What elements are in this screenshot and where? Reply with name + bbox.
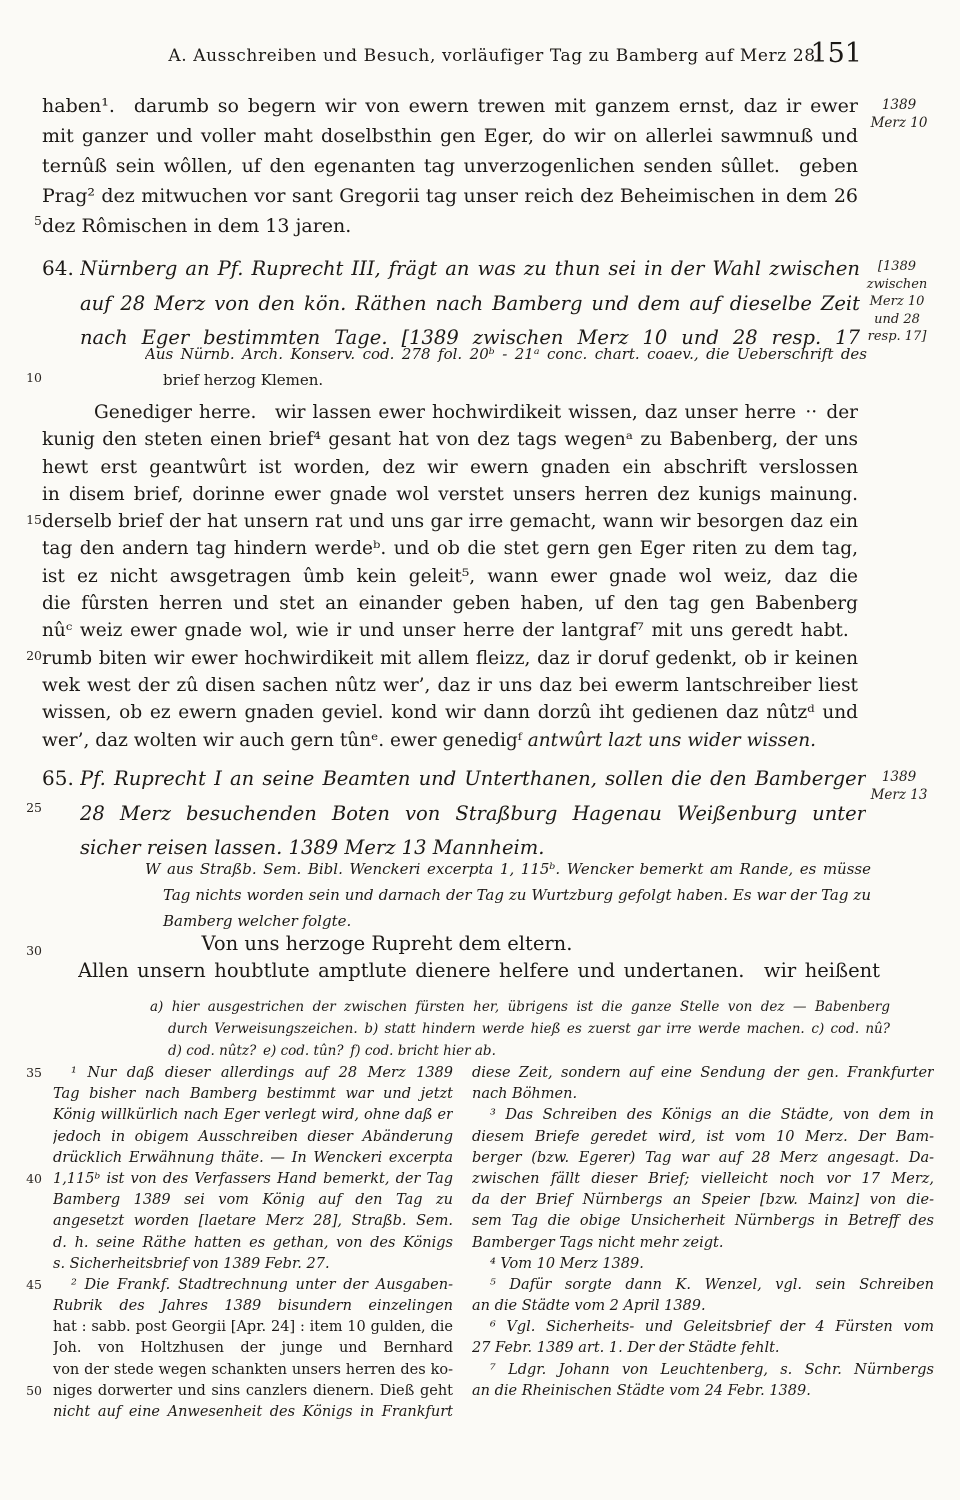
margin-note-line: Merz 10 [862, 114, 936, 132]
line-number: 30 [12, 943, 42, 958]
footnote-line: s. Sicherheitsbrief von 1389 Febr. 27. [53, 1254, 453, 1275]
margin-note-line: Merz 10 [856, 293, 938, 311]
line-number: 5 [12, 213, 42, 228]
letter-line: wek west der zû disen sachen nûtz wer’, … [42, 672, 858, 699]
footnote-line: jedoch in obigem Ausschreiben dieser Abä… [53, 1127, 453, 1148]
heading-line: Nürnberg an Pf. Ruprecht III, frägt an w… [80, 252, 860, 287]
footnote-line: ² Die Frankf. Stadtrechnung unter der Au… [53, 1275, 453, 1296]
footnote-line: ⁶ Vgl. Sicherheits- und Geleitsbrief der… [472, 1317, 934, 1338]
apparatus-line: durch Verweisungszeichen. b) statt hinde… [150, 1018, 890, 1040]
item-65-number: 65. [42, 766, 74, 790]
footnote-line: König willkürlich nach Eger verlegt wird… [53, 1105, 453, 1126]
letter-line: ist ez nicht awsgetragen ûmb kein geleit… [42, 563, 858, 590]
margin-date-note: 1389Merz 13 [862, 768, 936, 804]
footnote-line: diesem Briefe geredet wird, ist vom 10 M… [472, 1127, 934, 1148]
apparatus-line: a) hier ausgestrichen der zwischen fürst… [150, 996, 890, 1018]
line-number: 25 [12, 800, 42, 815]
source-note-64: Aus Nürnb. Arch. Konserv. cod. 278 fol. … [145, 341, 867, 393]
source-note-65: W aus Straßb. Sem. Bibl. Wenckeri excerp… [145, 856, 871, 934]
letter-line: Genediger herre. wir lassen ewer hochwir… [42, 399, 858, 426]
letter-last-roman: wer’, daz wolten wir auch gern tûnᵉ. ewe… [42, 730, 528, 751]
footnote-line: Rubrik des Jahres 1389 bisundern einzeli… [53, 1296, 453, 1317]
margin-date-note: 1389Merz 10 [862, 96, 936, 132]
footnote-line: ¹ Nur daß dieser allerdings auf 28 Merz … [53, 1063, 453, 1084]
margin-note-line: 1389 [862, 96, 936, 114]
line-number: 35 [12, 1065, 42, 1080]
footnote-line: nach Böhmen. [472, 1084, 934, 1105]
footnote-line: Bamberg 1389 sei vom König auf den Tag z… [53, 1190, 453, 1211]
line-number: 15 [12, 512, 42, 527]
source-note-line: Bamberg welcher folgte. [145, 908, 871, 934]
footnote-line: angesetzt worden [laetare Merz 28], Stra… [53, 1211, 453, 1232]
source-note-line: Tag nichts worden sein und darnach der T… [145, 882, 871, 908]
margin-note-line: Merz 13 [862, 786, 936, 804]
letter-last-line: wer’, daz wolten wir auch gern tûnᵉ. ewe… [42, 727, 858, 754]
intro-paragraph: haben¹. darumb so begern wir von ewern t… [42, 91, 858, 241]
letter-line: wissen, ob ez ewern gnaden geviel. kond … [42, 699, 858, 726]
margin-date-note: [1389zwischenMerz 10und 28resp. 17] [856, 258, 938, 346]
footnote-line: ⁴ Vom 10 Merz 1389. [472, 1254, 934, 1275]
footnote-line: an die Rheinischen Städte vom 24 Febr. 1… [472, 1381, 934, 1402]
footnote-line: diese Zeit, sondern auf eine Sendung der… [472, 1063, 934, 1084]
letter-line: in disem brief, dorinne ewer gnade wol v… [42, 481, 858, 508]
footnote-line: hat : sabb. post Georgii [Apr. 24] : ite… [53, 1317, 453, 1338]
proclamation-heading: Von uns herzoge Rupreht dem eltern. [42, 932, 732, 955]
footnote-line: 27 Febr. 1389 art. 1. Der der Städte feh… [472, 1338, 934, 1359]
letter-body: Genediger herre. wir lassen ewer hochwir… [42, 399, 858, 754]
line-number: 20 [12, 648, 42, 663]
footnote-line: berger (bzw. Egerer) Tag war auf 28 Merz… [472, 1148, 934, 1169]
footnote-line: Joh. von Holtzhusen der junge und Bernha… [53, 1338, 453, 1359]
margin-note-line: resp. 17] [856, 328, 938, 346]
footnote-column-left: ¹ Nur daß dieser allerdings auf 28 Merz … [53, 1063, 453, 1423]
margin-note-line: zwischen [856, 276, 938, 294]
heading-line: Pf. Ruprecht I an seine Beamten und Unte… [80, 762, 866, 797]
letter-line: derselb brief der hat unsern rat und uns… [42, 508, 858, 535]
footnote-line: von der stede wegen schankten unsers her… [53, 1360, 453, 1381]
heading-line: 28 Merz besuchenden Boten von Straßburg … [80, 797, 866, 832]
letter-line: die fûrsten herren und stet an einander … [42, 590, 858, 617]
footnote-line: niges dorwerter und sins canzlers diener… [53, 1381, 453, 1402]
footnote-column-right: diese Zeit, sondern auf eine Sendung der… [472, 1063, 934, 1402]
margin-note-line: 1389 [862, 768, 936, 786]
footnote-line: an die Städte vom 2 April 1389. [472, 1296, 934, 1317]
paragraph-line: dez Rômischen in dem 13 jaren. [42, 211, 858, 241]
footnote-line: sem Tag die obige Unsicherheit Nürnbergs… [472, 1211, 934, 1232]
paragraph-line: Prag² dez mitwuchen vor sant Gregorii ta… [42, 181, 858, 211]
footnote-line: nicht auf eine Anwesenheit des Königs in… [53, 1402, 453, 1423]
footnote-line: ³ Das Schreiben des Königs an die Städte… [472, 1105, 934, 1126]
letter-line: kunig den steten einen brief⁴ gesant hat… [42, 426, 858, 453]
apparatus-notes: a) hier ausgestrichen der zwischen fürst… [150, 996, 890, 1062]
line-number: 40 [12, 1171, 42, 1186]
footnote-line: d. h. seine Räthe hatten es gethan, von … [53, 1233, 453, 1254]
letter-line: hewt erst geantwûrt ist worden, dez wir … [42, 454, 858, 481]
line-number: 45 [12, 1277, 42, 1292]
page-number: 151 [770, 38, 862, 69]
margin-note-line: [1389 [856, 258, 938, 276]
item-64-heading: Nürnberg an Pf. Ruprecht III, frägt an w… [80, 252, 860, 356]
footnote-line: 1,115ᵇ ist von des Verfassers Hand bemer… [53, 1169, 453, 1190]
footnote-line: Tag bisher nach Bamberg bestimmt war und… [53, 1084, 453, 1105]
item-65-heading: Pf. Ruprecht I an seine Beamten und Unte… [80, 762, 866, 866]
letter-last-italic: antwûrt lazt uns wider wissen. [528, 730, 816, 751]
letter-line: rumb biten wir ewer hochwirdikeit mit al… [42, 645, 858, 672]
scanned-document-page: A. Ausschreiben und Besuch, vorläufiger … [0, 0, 960, 1500]
paragraph-line: ternûß sein wôllen, uf den egenanten tag… [42, 151, 858, 181]
margin-note-line: und 28 [856, 311, 938, 329]
source-note-line: brief herzog Klemen. [145, 367, 867, 393]
footnote-line: da der Brief Nürnbergs an Speier [bzw. M… [472, 1190, 934, 1211]
footnote-line: zwischen fällt dieser Brief; vielleicht … [472, 1169, 934, 1190]
letter-line: tag den andern tag hindern werdeᵇ. und o… [42, 535, 858, 562]
heading-line: auf 28 Merz von den kön. Räthen nach Bam… [80, 287, 860, 322]
footnote-line: ⁷ Ldgr. Johann von Leuchtenberg, s. Schr… [472, 1360, 934, 1381]
letter-line: nûᶜ weiz ewer gnade wol, wie ir und unse… [42, 617, 858, 644]
source-note-line: W aus Straßb. Sem. Bibl. Wenckeri excerp… [145, 856, 871, 882]
apparatus-line: d) cod. nûtz? e) cod. tûn? f) cod. brich… [150, 1040, 890, 1062]
item-64-number: 64. [42, 256, 74, 280]
proclamation-address-line: Allen unsern houbtlute amptlute dienere … [78, 959, 880, 987]
paragraph-line: haben¹. darumb so begern wir von ewern t… [42, 91, 858, 121]
line-number: 50 [12, 1383, 42, 1398]
line-number: 10 [12, 370, 42, 385]
footnote-line: Bamberger Tags nicht mehr zeigt. [472, 1233, 934, 1254]
source-note-line: Aus Nürnb. Arch. Konserv. cod. 278 fol. … [145, 341, 867, 367]
footnote-line: drücklich Erwähnung thäte. — In Wenckeri… [53, 1148, 453, 1169]
footnote-line: ⁵ Dafür sorgte dann K. Wenzel, vgl. sein… [472, 1275, 934, 1296]
paragraph-line: mit ganzer und voller maht doselbsthin g… [42, 121, 858, 151]
